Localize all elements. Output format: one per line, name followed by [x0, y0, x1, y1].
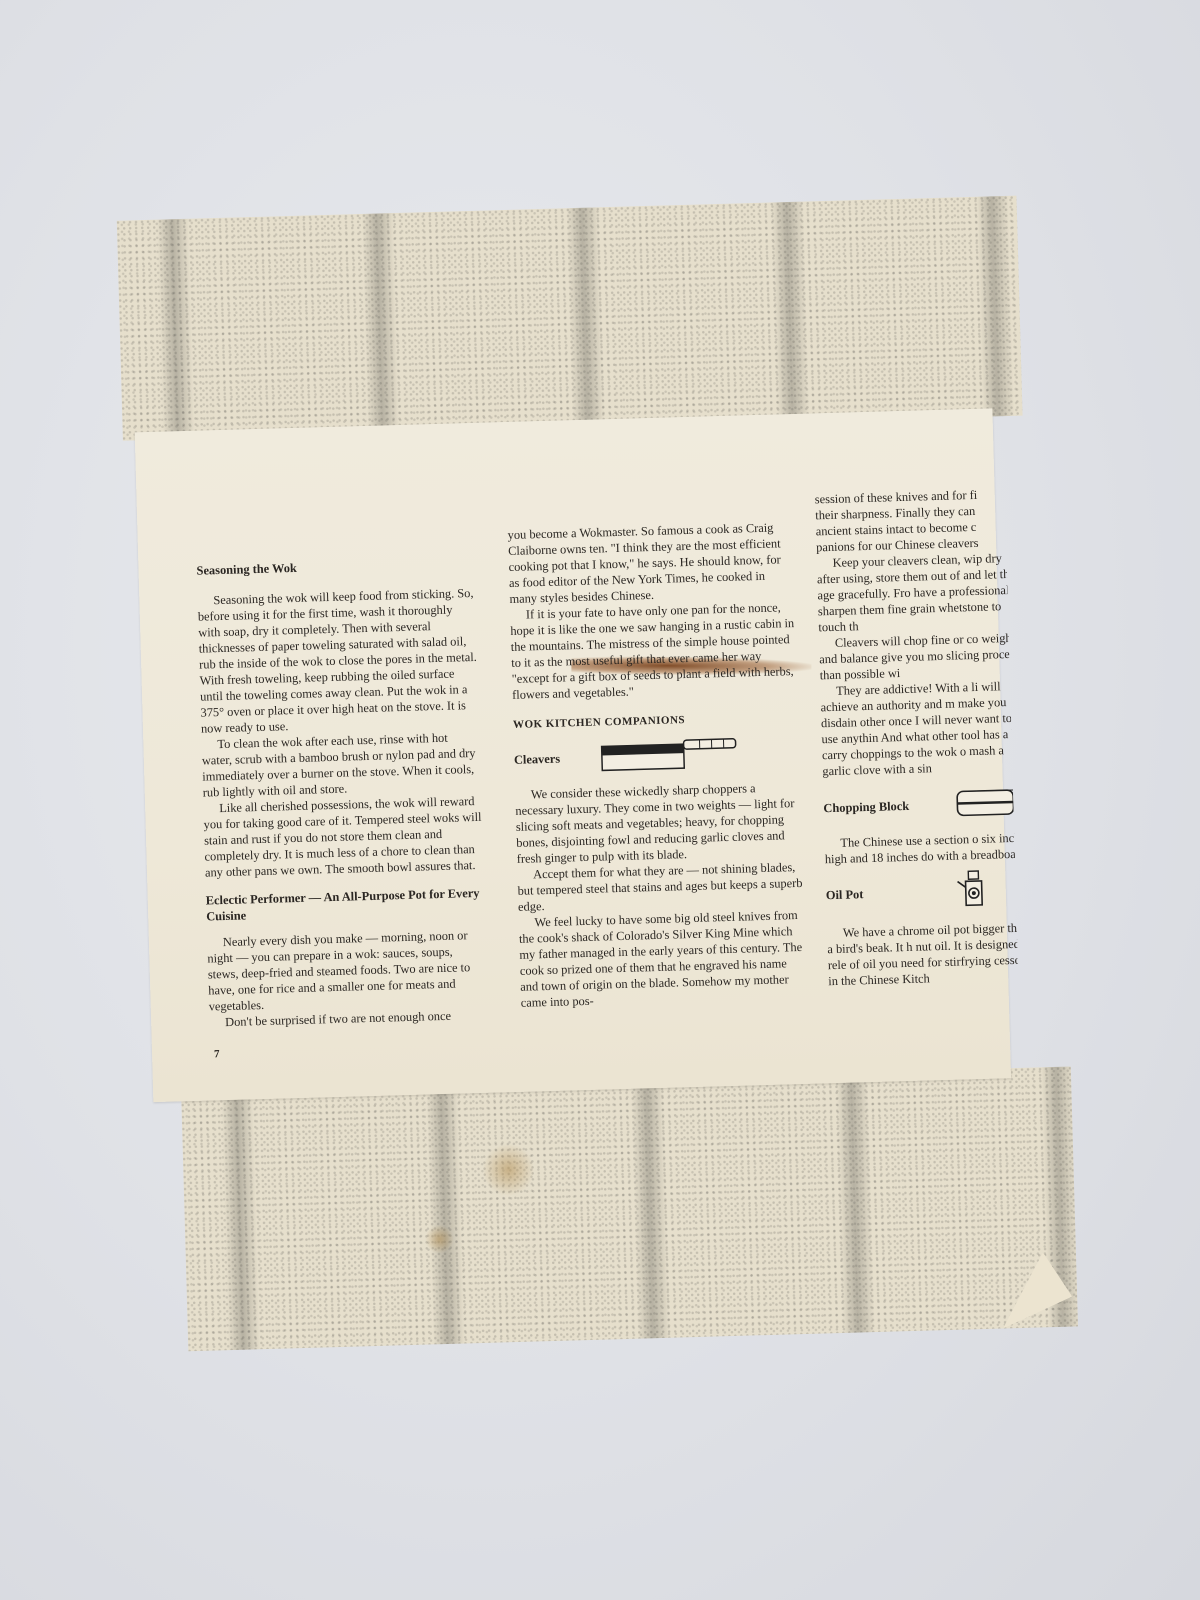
paragraph: If it is your fate to have only one pan … [510, 599, 798, 703]
heading-eclectic-performer: Eclectic Performer — An All-Purpose Pot … [206, 885, 485, 925]
water-stain [483, 1142, 535, 1198]
heading-seasoning: Seasoning the Wok [196, 555, 474, 579]
paragraph: Keep your cleavers clean, wip dry after … [816, 550, 1018, 636]
paragraph: We feel lucky to have some big old steel… [518, 907, 806, 1011]
page-number: 7 [214, 1048, 220, 1060]
column-left: Seasoning the Wok Seasoning the wok will… [196, 555, 487, 1031]
photocopy-toner-band-top [117, 196, 1023, 441]
paragraph: The Chinese use a section o six inches h… [824, 829, 1018, 867]
book-page: Seasoning the Wok Seasoning the wok will… [135, 408, 1011, 1102]
oil-pot-icon [956, 869, 991, 914]
chopping-block-icon [953, 784, 1014, 824]
heading-chopping-block: Chopping Block [823, 798, 909, 816]
paragraph: Accept them for what they are — not shin… [517, 859, 803, 915]
column-middle: you become a Wokmaster. So famous a cook… [507, 519, 805, 1011]
paragraph: Seasoning the wok will keep food from st… [197, 585, 479, 737]
paper-sheet: Seasoning the Wok Seasoning the wok will… [116, 178, 1047, 1343]
photocopy-toner-band-bottom [181, 1066, 1078, 1351]
paragraph: To clean the wok after each use, rinse w… [201, 729, 481, 801]
heading-cleavers: Cleavers [514, 751, 561, 768]
section-heading-wok-kitchen-companions: WOK KITCHEN COMPANIONS [513, 709, 798, 733]
water-stain-small [425, 1224, 454, 1255]
paragraph: We have a chrome oil pot bigger than a b… [827, 919, 1019, 989]
paragraph: you become a Wokmaster. So famous a cook… [507, 519, 794, 607]
paragraph: Like all cherished possessions, the wok … [203, 793, 483, 881]
paragraph: Cleavers will chop fine or co weight and… [819, 629, 1019, 683]
paragraph: Nearly every dish you make — morning, no… [207, 927, 487, 1015]
cleaver-icon [600, 735, 741, 777]
paragraph: We consider these wickedly sharp chopper… [515, 779, 802, 867]
paragraph: They are addictive! With a li will achie… [820, 677, 1018, 779]
heading-oil-pot: Oil Pot [826, 886, 864, 903]
column-right-cropped: session of these knives and for fi their… [815, 486, 1019, 989]
